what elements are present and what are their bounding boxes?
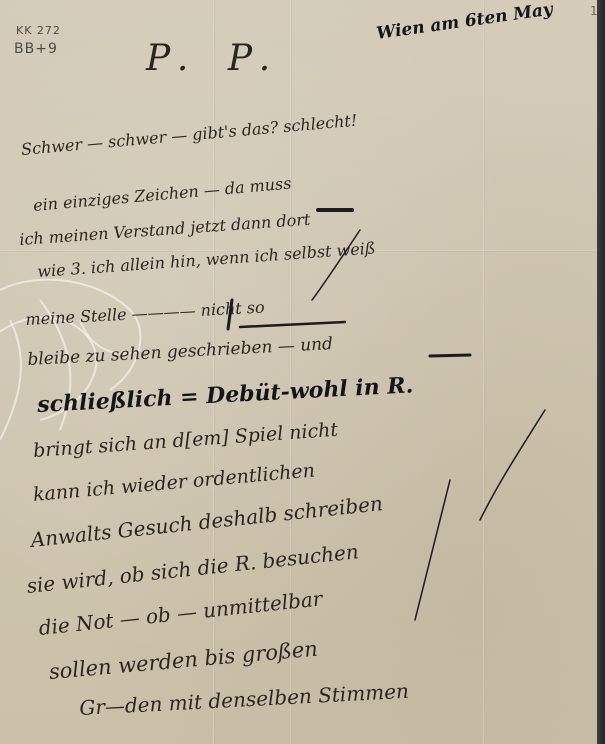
body-line-9: kann ich wieder ordentlichen (32, 459, 316, 506)
fold-crease-center (290, 0, 292, 744)
archive-mark-shelf: BB+9 (14, 41, 58, 57)
fold-crease-left (213, 0, 215, 744)
scan-border (597, 0, 605, 744)
salutation: P. P. (146, 38, 284, 79)
letter-sheet: KK 272 BB+9 1 Wien am 6ten May P. P. Sch… (0, 0, 597, 744)
body-line-14: Gr—den mit denselben Stimmen (79, 679, 410, 720)
body-line-2: ein einziges Zeichen — da muss (32, 173, 292, 215)
dateline: Wien am 6ten May (375, 0, 554, 44)
body-line-4: wie 3. ich allein hin, wenn ich selbst w… (37, 238, 376, 281)
body-line-12: die Not — ob — unmittelbar (37, 586, 323, 640)
body-line-3: ich meinen Verstand jetzt dann dort (19, 210, 311, 249)
archive-mark-catalog: KK 272 (16, 24, 61, 37)
body-line-13: sollen werden bis großen (48, 637, 319, 684)
body-line-1: Schwer — schwer — gibt's das? schlecht! (20, 111, 358, 159)
fold-crease-right (483, 0, 485, 744)
page-number: 1 (590, 4, 597, 18)
